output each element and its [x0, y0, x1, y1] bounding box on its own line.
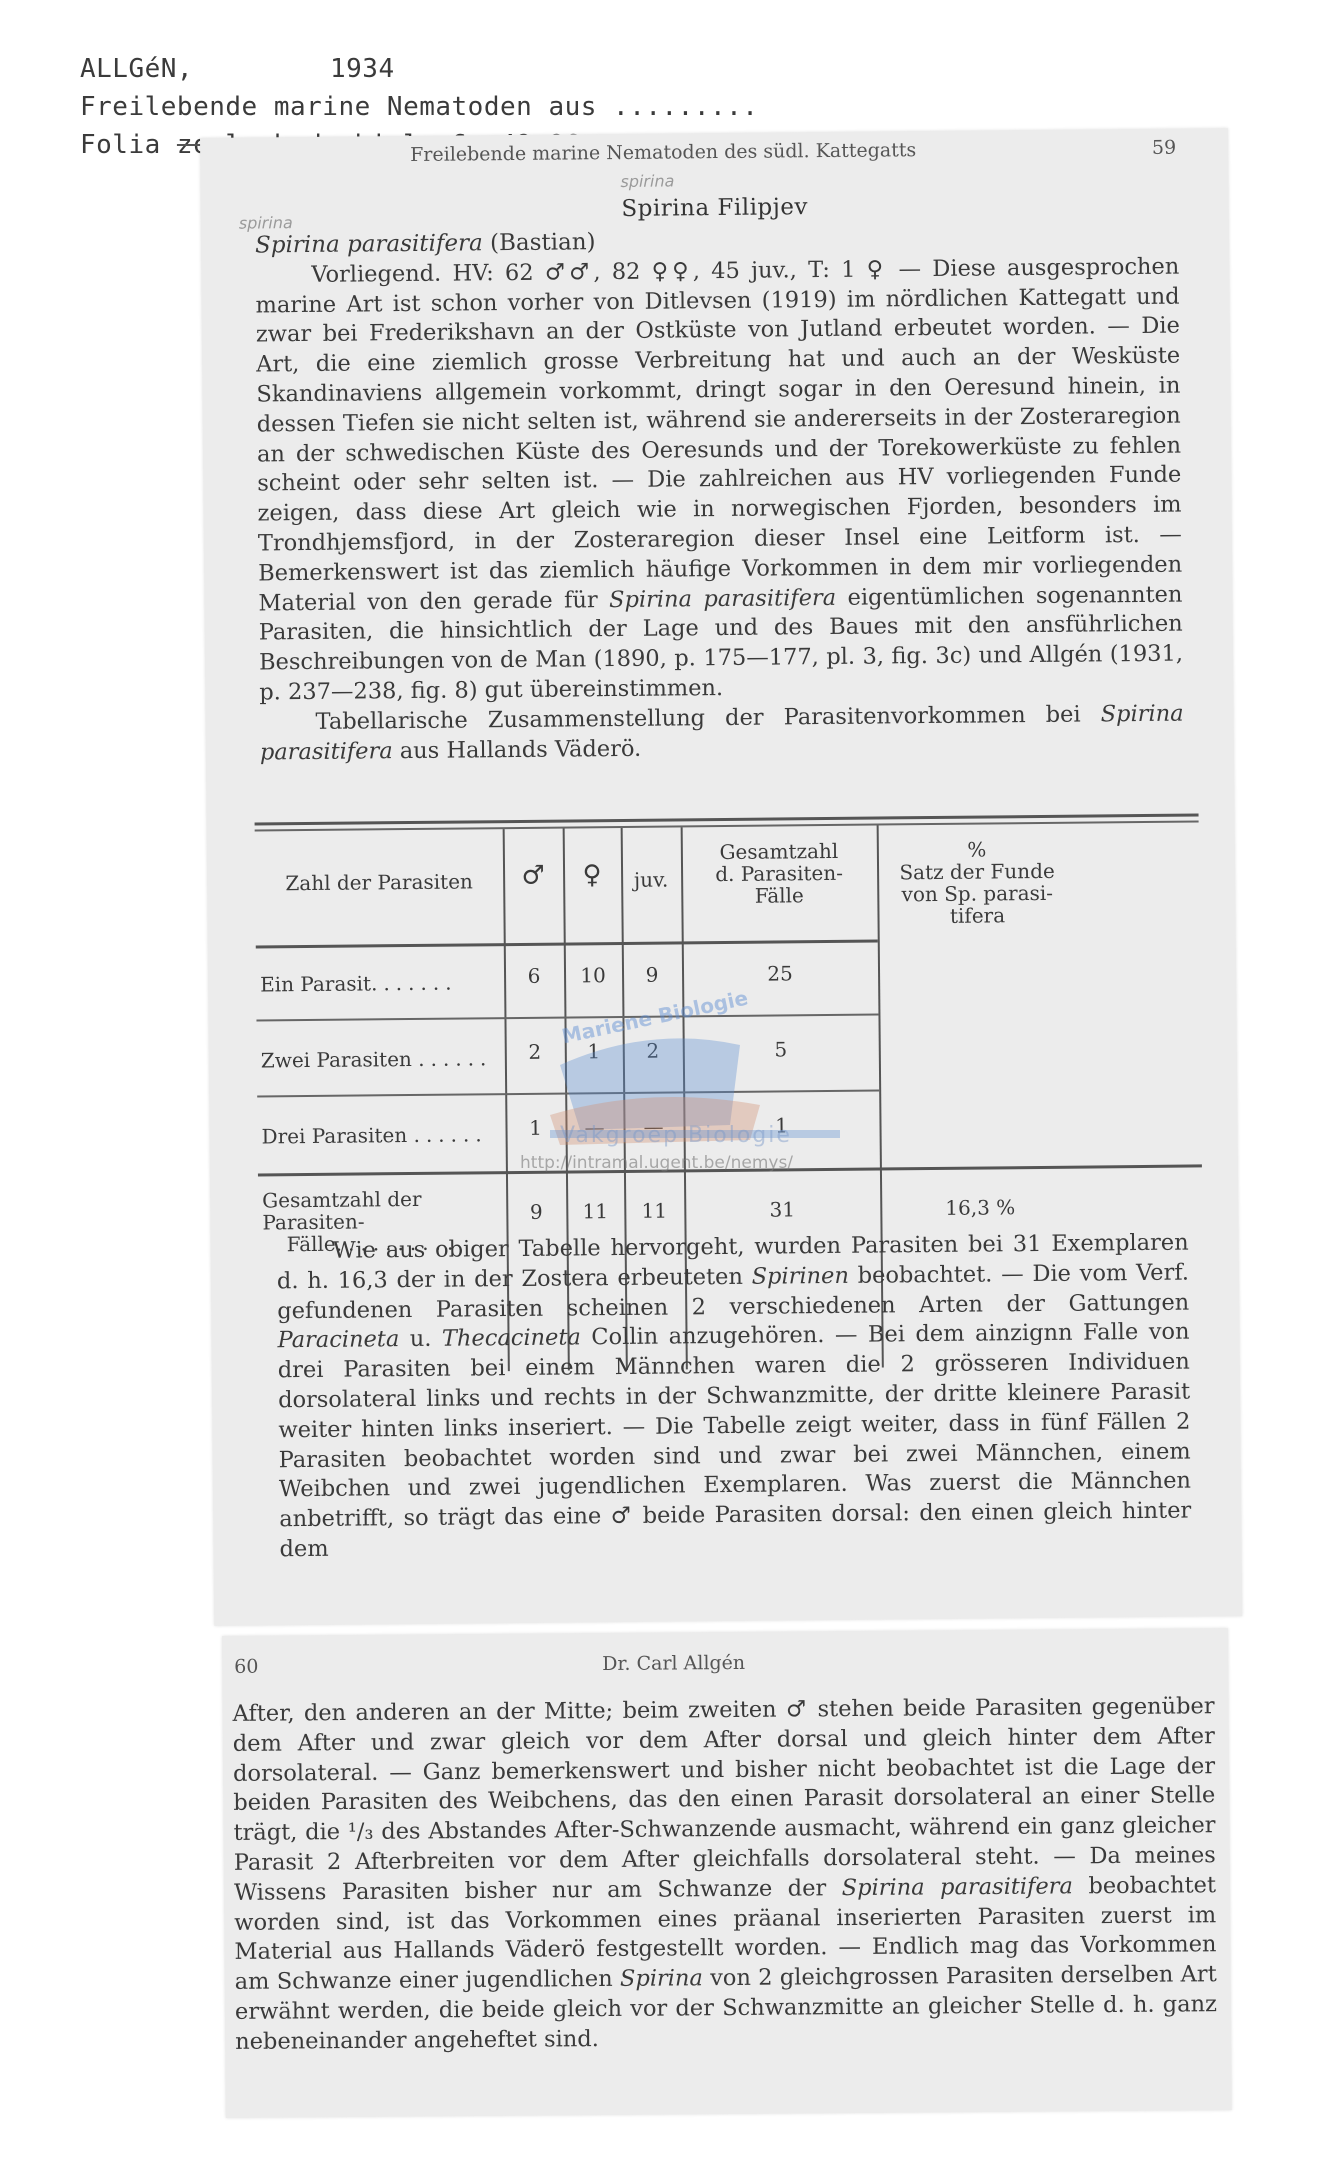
- page-59-clipping: Freilebende marine Nematoden des südl. K…: [200, 128, 1242, 1626]
- running-head: Freilebende marine Nematoden des südl. K…: [200, 136, 1228, 146]
- page-number: 60: [234, 1656, 258, 1678]
- cell-female-total: 11: [566, 1200, 624, 1223]
- main-text: After, den anderen an der Mitte; beim zw…: [233, 1692, 1218, 2057]
- running-head: 60 Dr. Carl Allgén: [222, 1648, 1228, 1656]
- cell-female: 10: [564, 964, 622, 987]
- main-text-continued: Wie aus obiger Tabelle hervorgeht, wurde…: [277, 1229, 1192, 1566]
- female-icon: ♀: [563, 864, 621, 887]
- cell-juv: —: [623, 1115, 683, 1138]
- table-caption: Tabellarische Zusammenstellung der Paras…: [259, 699, 1184, 767]
- cell-male: 2: [505, 1041, 565, 1064]
- cell-male: 1: [505, 1117, 565, 1140]
- running-title: Freilebende marine Nematoden des südl. K…: [410, 139, 916, 166]
- header-juv: juv.: [621, 868, 681, 891]
- cell-total: 25: [682, 962, 878, 986]
- cell-percent-total: 16,3 %: [880, 1196, 1080, 1220]
- page-number: 59: [1152, 137, 1176, 159]
- cell-male: 6: [504, 965, 564, 988]
- paragraph: Wie aus obiger Tabelle hervorgeht, wurde…: [277, 1229, 1192, 1566]
- handwritten-note: spirina: [620, 171, 674, 191]
- header-total: Gesamtzahl d. Parasiten- Fälle: [681, 840, 878, 908]
- paragraph: Vorliegend. HV: 62 ♂♂, 82 ♀♀, 45 juv., T…: [255, 252, 1183, 708]
- cell-total: 1: [683, 1114, 879, 1138]
- header-percent: % Satz der Funde von Sp. parasi- tifera: [877, 838, 1078, 928]
- cell-female: 1: [565, 1040, 623, 1063]
- cell-male-total: 9: [506, 1201, 566, 1224]
- cell-juv: 9: [622, 963, 682, 986]
- card-title: Freilebende marine Nematoden aus .......…: [80, 88, 758, 126]
- cell-juv: 2: [623, 1039, 683, 1062]
- table-row-label: Ein Parasit.......: [260, 971, 504, 995]
- author-year-line: ALLGéN,1934: [80, 50, 758, 88]
- table-row-label: Drei Parasiten ......: [261, 1123, 505, 1147]
- main-text: Spirina parasitifera (Bastian) Vorliegen…: [255, 223, 1184, 768]
- male-icon: ♂: [503, 865, 563, 888]
- cell-juv-total: 11: [624, 1199, 684, 1222]
- table-row-label: Zwei Parasiten ......: [261, 1047, 505, 1071]
- author: ALLGéN,: [80, 50, 330, 88]
- paragraph: After, den anderen an der Mitte; beim zw…: [233, 1692, 1218, 2057]
- cell-total-total: 31: [684, 1198, 880, 1222]
- running-title: Dr. Carl Allgén: [602, 1652, 745, 1675]
- header-label: Zahl der Parasiten: [255, 870, 503, 894]
- genus-heading: Spirina Filipjev: [201, 190, 1229, 226]
- page-60-clipping: 60 Dr. Carl Allgén After, den anderen an…: [222, 1628, 1232, 2118]
- cell-female: —: [565, 1116, 623, 1139]
- cell-total: 5: [683, 1038, 879, 1062]
- year: 1934: [330, 50, 395, 88]
